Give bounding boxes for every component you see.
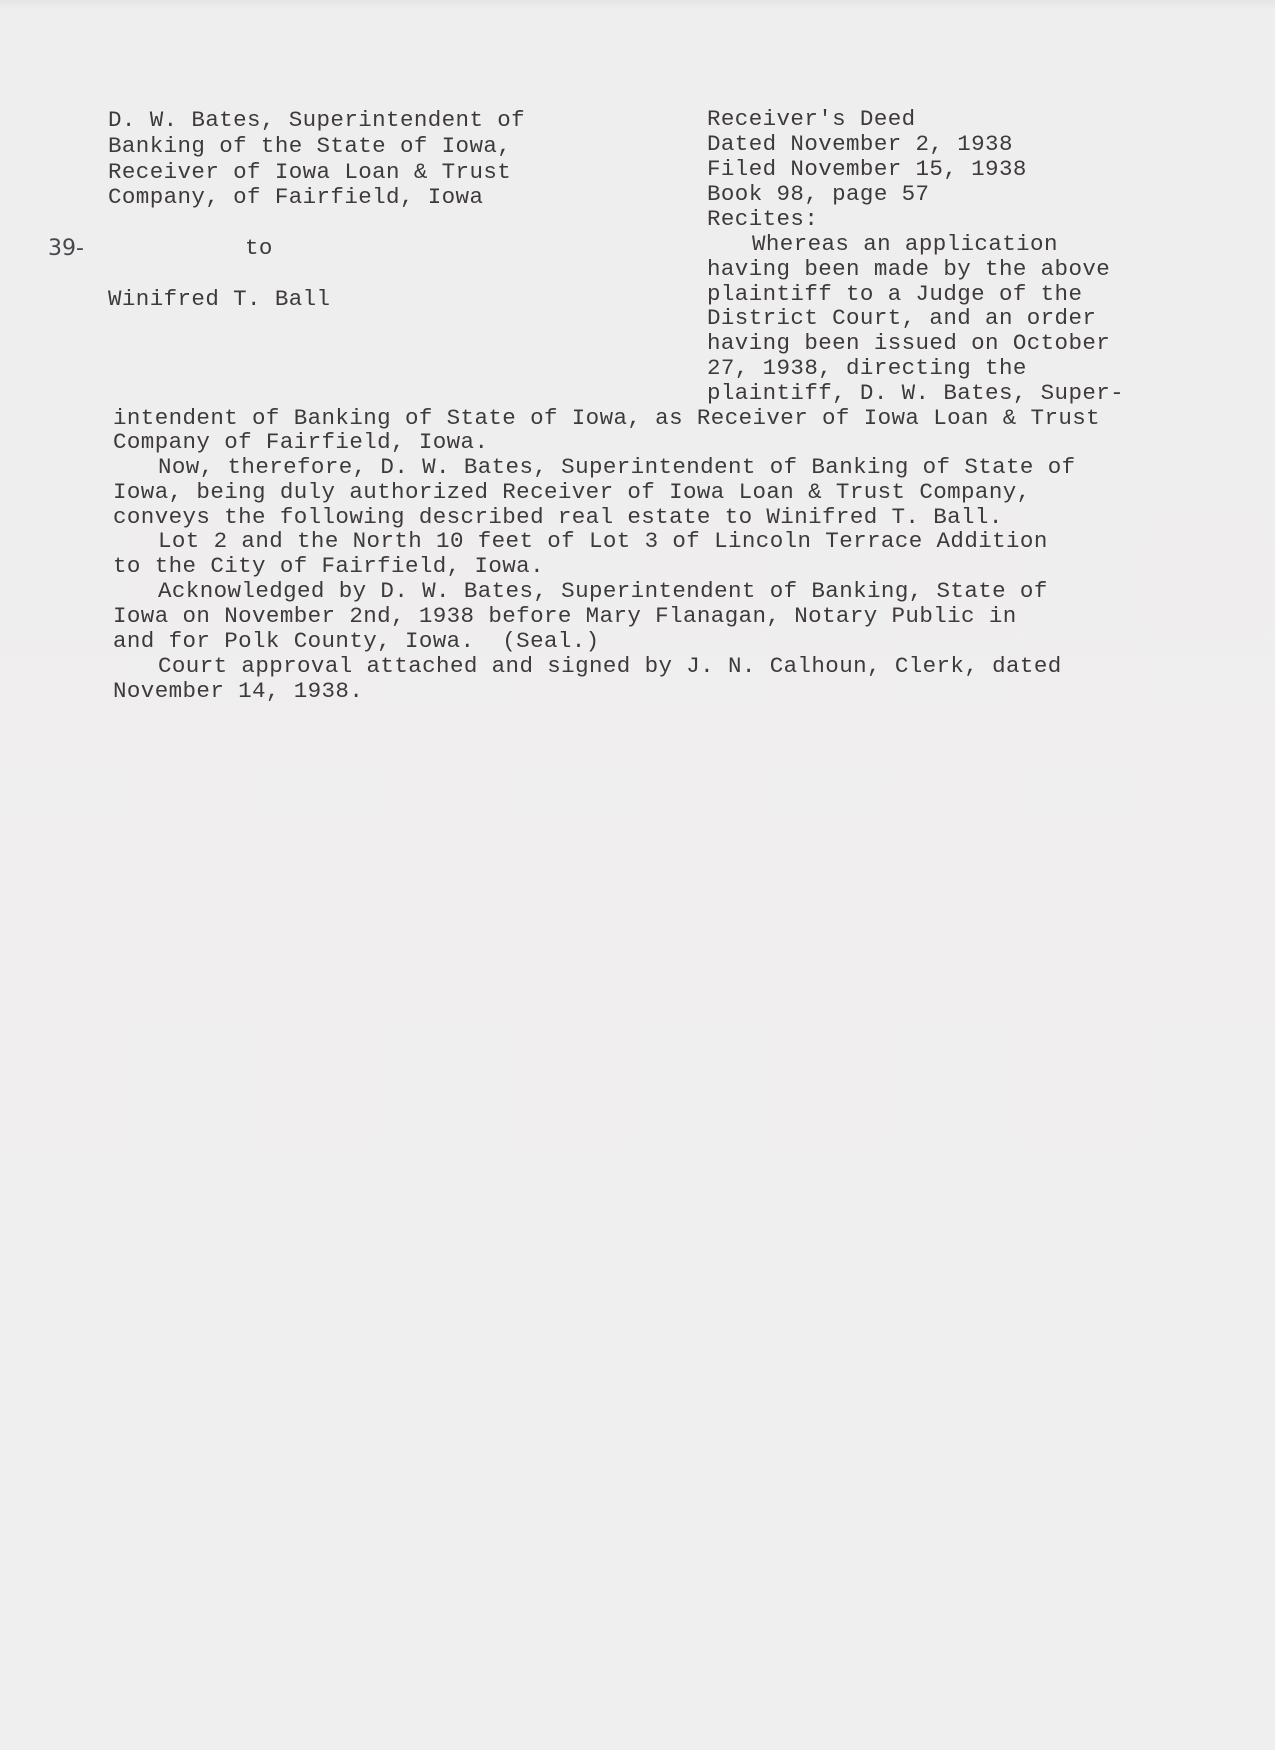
grantor-line: Receiver of Iowa Loan & Trust bbox=[108, 160, 511, 185]
court-approval: Court approval attached and signed by J.… bbox=[113, 654, 1062, 679]
grantor-line: Company, of Fairfield, Iowa bbox=[108, 185, 483, 210]
document-page: 39- D. W. Bates, Superintendent of Banki… bbox=[0, 0, 1275, 1750]
acknowledgment: and for Polk County, Iowa. (Seal.) bbox=[113, 629, 600, 654]
instrument-dated: Dated November 2, 1938 bbox=[707, 132, 1013, 157]
connector-to: to bbox=[245, 236, 273, 261]
recital-line: having been made by the above bbox=[707, 257, 1110, 282]
recital-line: 27, 1938, directing the bbox=[707, 356, 1027, 381]
acknowledgment: Iowa on November 2nd, 1938 before Mary F… bbox=[113, 604, 1017, 629]
recital-line: District Court, and an order bbox=[707, 306, 1096, 331]
legal-description: to the City of Fairfield, Iowa. bbox=[113, 554, 544, 579]
entry-number: 39- bbox=[48, 236, 84, 261]
instrument-type: Receiver's Deed bbox=[707, 107, 916, 132]
recital-line: having been issued on October bbox=[707, 331, 1110, 356]
recital-line: plaintiff, D. W. Bates, Super- bbox=[707, 381, 1124, 406]
instrument-book-page: Book 98, page 57 bbox=[707, 182, 929, 207]
instrument-filed: Filed November 15, 1938 bbox=[707, 157, 1027, 182]
legal-description: Lot 2 and the North 10 feet of Lot 3 of … bbox=[113, 529, 1048, 554]
grantor-line: D. W. Bates, Superintendent of bbox=[108, 108, 525, 133]
body-line: Company of Fairfield, Iowa. bbox=[113, 430, 488, 455]
recital-line: Whereas an application bbox=[752, 232, 1058, 257]
body-line: conveys the following described real est… bbox=[113, 505, 1003, 530]
recites-label: Recites: bbox=[707, 207, 818, 232]
court-approval: November 14, 1938. bbox=[113, 679, 363, 704]
acknowledgment: Acknowledged by D. W. Bates, Superintend… bbox=[113, 579, 1048, 604]
grantee-name: Winifred T. Ball bbox=[108, 287, 330, 312]
grantor-line: Banking of the State of Iowa, bbox=[108, 134, 511, 159]
recital-line: plaintiff to a Judge of the bbox=[707, 282, 1082, 307]
body-line: Now, therefore, D. W. Bates, Superintend… bbox=[113, 455, 1076, 480]
body-line: Iowa, being duly authorized Receiver of … bbox=[113, 480, 1031, 505]
body-line: intendent of Banking of State of Iowa, a… bbox=[113, 406, 1100, 431]
